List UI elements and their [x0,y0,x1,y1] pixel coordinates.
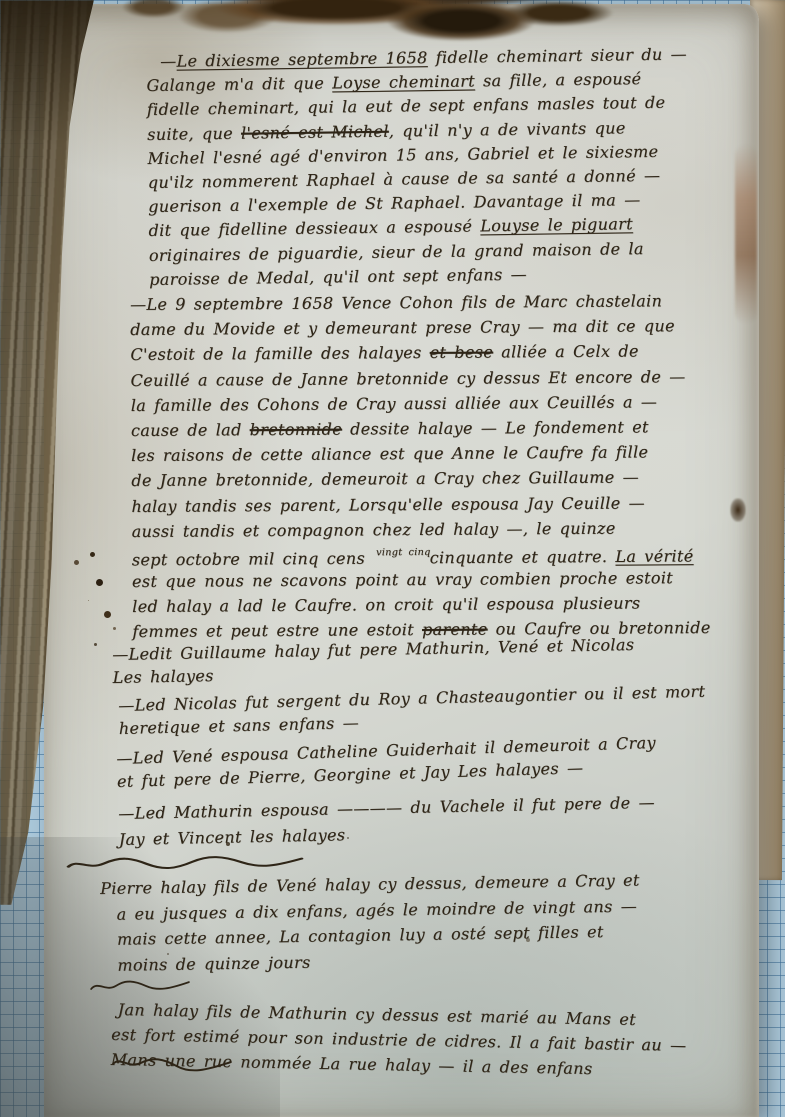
text-run: —Le 9 septembre 1658 Vence Cohon fils de… [130,291,662,314]
struck-text: et bese [430,343,494,362]
text-run: — [160,52,177,71]
text-run: Michel l'esné agé d'environ 15 ans, Gabr… [147,142,658,168]
handwritten-text: —Le dixiesme septembre 1658 fidelle chem… [0,0,785,1117]
text-run: guerison a l'exemple de St Raphael. Dava… [148,190,641,216]
text-run: suite, que [147,123,241,143]
text-run: sept octobre mil cinq cens [132,549,373,570]
text-run: aussi tandis et compagnon chez led halay… [132,518,616,540]
text-run: moins de quinze jours [117,952,310,974]
text-run: dessite halaye — Le fondement et [342,417,649,438]
manuscript-line: halay tandis ses parent, Lorsqu'elle esp… [131,489,709,518]
manuscript-photograph: —Le dixiesme septembre 1658 fidelle chem… [0,0,785,1117]
text-run: Mans une rue nommée La rue halay — il a … [111,1050,593,1078]
text-run: Ceuillé a cause de Janne bretonnide cy d… [131,367,686,390]
text-run: dit que fidelline dessieaux a espousé [148,217,480,241]
paragraph-entry-9-september-1658-cohon-halay: —Le 9 septembre 1658 Vence Cohon fils de… [130,288,711,645]
text-run: paroisse de Medal, qu'il ont sept enfans… [149,264,527,288]
text-run: qu'ilz nommerent Raphael à cause de sa s… [148,166,661,192]
text-run: fidelle cheminart, qui la eut de sept en… [147,93,666,119]
text-run: la famille des Cohons de Cray aussi alli… [131,392,658,415]
text-run: de Janne bretonnide, demeuroit a Cray ch… [131,468,639,491]
text-run: fidelle cheminart sieur du — [428,44,688,67]
text-run: cause de lad [131,420,250,440]
text-run: sa fille, a espousé [475,69,642,90]
paragraph-entry-10-september-1658-cheminart: —Le dixiesme septembre 1658 fidelle chem… [146,42,690,291]
manuscript-line: Ceuillé a cause de Janne bretonnide cy d… [131,364,709,393]
paragraph-note-pierre-halay: Pierre halay fils de Vené halay cy dessu… [100,868,641,978]
manuscript-line: de Janne bretonnide, demeuroit a Cray ch… [131,464,709,493]
text-run: est que nous ne scavons point au vray co… [132,568,673,591]
squiggle-line-icon [66,852,304,872]
paragraph-note-mathurin-halay: —Led Mathurin espousa ———— du Vachele il… [118,790,656,853]
text-run: les raisons de cette aliance est que Ann… [131,443,648,466]
interlinear-insertion: vingt cinq [376,540,431,566]
text-run: originaires de piguardie, sieur de la gr… [149,239,644,265]
text-run: halay tandis ses parent, Lorsqu'elle esp… [131,493,645,516]
text-run: Galange m'a dit que [146,74,332,96]
text-run: led halay a lad le Caufre. on croit qu'i… [132,594,640,617]
paragraph-note-jan-halay: Jan halay fils de Mathurin cy dessus est… [117,997,688,1083]
text-run: , qu'il n'y a de vivants que [389,118,626,140]
paragraph-note-nicolas-halay: —Led Nicolas fut sergent du Roy a Chaste… [118,680,706,740]
underlined-text: Le dixiesme septembre 1658 [176,48,427,71]
flourish-squiggle [66,852,304,872]
text-run: C'estoit de la famille des halayes [130,343,429,364]
text-run: cinquante et quatre. [430,547,616,567]
underlined-text: Loyse cheminart [332,72,475,93]
squiggle-line-icon [90,976,190,993]
struck-text: bretonnide [250,419,342,439]
paragraph-note-vene-halay: —Led Vené espousa Catheline Guiderhait i… [116,731,657,793]
text-run: mais cette annee, La contagion luy a ost… [117,922,604,949]
underlined-text: Louyse le piguart [480,215,633,236]
paragraph-note-guillaume-halay: —Ledit Guillaume halay fut pere Mathurin… [112,633,635,689]
underlined-text: La vérité [615,546,693,566]
struck-text: l'esné est Michel [241,121,389,142]
text-run: dame du Movide et y demeurant prese Cray… [130,316,675,339]
text-run: Jay et Vincent les halayes [119,825,346,849]
flourish-squiggle [90,976,190,993]
text-run: heretique et sans enfans — [119,713,360,738]
manuscript-line: C'estoit de la famille des halayes et be… [130,338,708,367]
text-run: alliée a Celx de [493,342,639,362]
text-run: Les halayes [112,666,213,687]
